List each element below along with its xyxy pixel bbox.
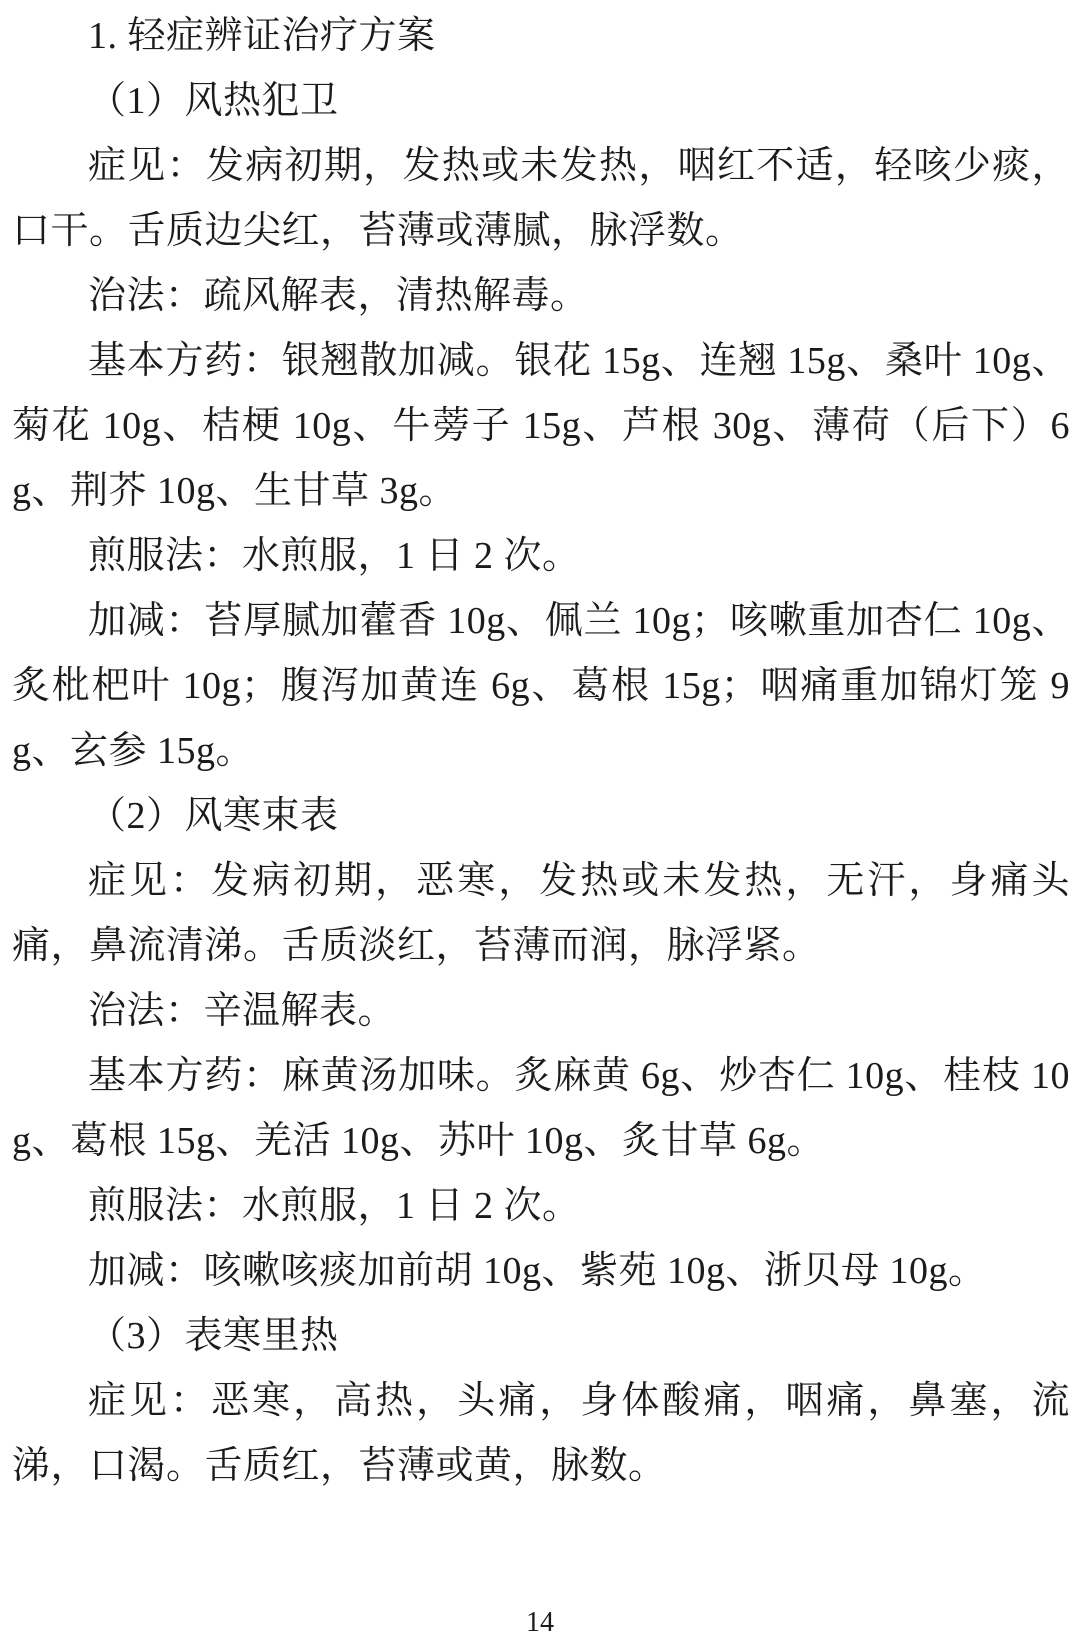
subheading-cold-exterior-heat-interior: （3）表寒里热 [12, 1304, 1070, 1369]
modifications-wind-cold: 加减：咳嗽咳痰加前胡 10g、紫苑 10g、浙贝母 10g。 [12, 1239, 1070, 1304]
prescription-wind-cold: 基本方药：麻黄汤加味。炙麻黄 6g、炒杏仁 10g、桂枝 10g、葛根 15g、… [12, 1044, 1070, 1174]
treatment-method-wind-cold: 治法：辛温解表。 [12, 979, 1070, 1044]
heading-mild-case-plan: 1. 轻症辨证治疗方案 [12, 4, 1070, 69]
modifications-wind-heat: 加减：苔厚腻加藿香 10g、佩兰 10g；咳嗽重加杏仁 10g、炙枇杷叶 10g… [12, 589, 1070, 784]
subheading-wind-cold: （2）风寒束表 [12, 784, 1070, 849]
decoction-method-wind-cold: 煎服法：水煎服，1 日 2 次。 [12, 1174, 1070, 1239]
subheading-wind-heat: （1）风热犯卫 [12, 69, 1070, 134]
treatment-method-wind-heat: 治法：疏风解表，清热解毒。 [12, 264, 1070, 329]
symptoms-wind-heat: 症见：发病初期，发热或未发热，咽红不适，轻咳少痰，口干。舌质边尖红，苔薄或薄腻，… [12, 134, 1070, 264]
symptoms-cold-exterior-heat-interior: 症见：恶寒，高热，头痛，身体酸痛，咽痛，鼻塞，流涕，口渴。舌质红，苔薄或黄，脉数… [12, 1369, 1070, 1499]
decoction-method-wind-heat: 煎服法：水煎服，1 日 2 次。 [12, 524, 1070, 589]
prescription-wind-heat: 基本方药：银翘散加减。银花 15g、连翘 15g、桑叶 10g、菊花 10g、桔… [12, 329, 1070, 524]
symptoms-wind-cold: 症见：发病初期，恶寒，发热或未发热，无汗，身痛头痛，鼻流清涕。舌质淡红，苔薄而润… [12, 849, 1070, 979]
document-page: 1. 轻症辨证治疗方案 （1）风热犯卫 症见：发病初期，发热或未发热，咽红不适，… [0, 0, 1080, 1648]
page-number: 14 [0, 1606, 1080, 1640]
